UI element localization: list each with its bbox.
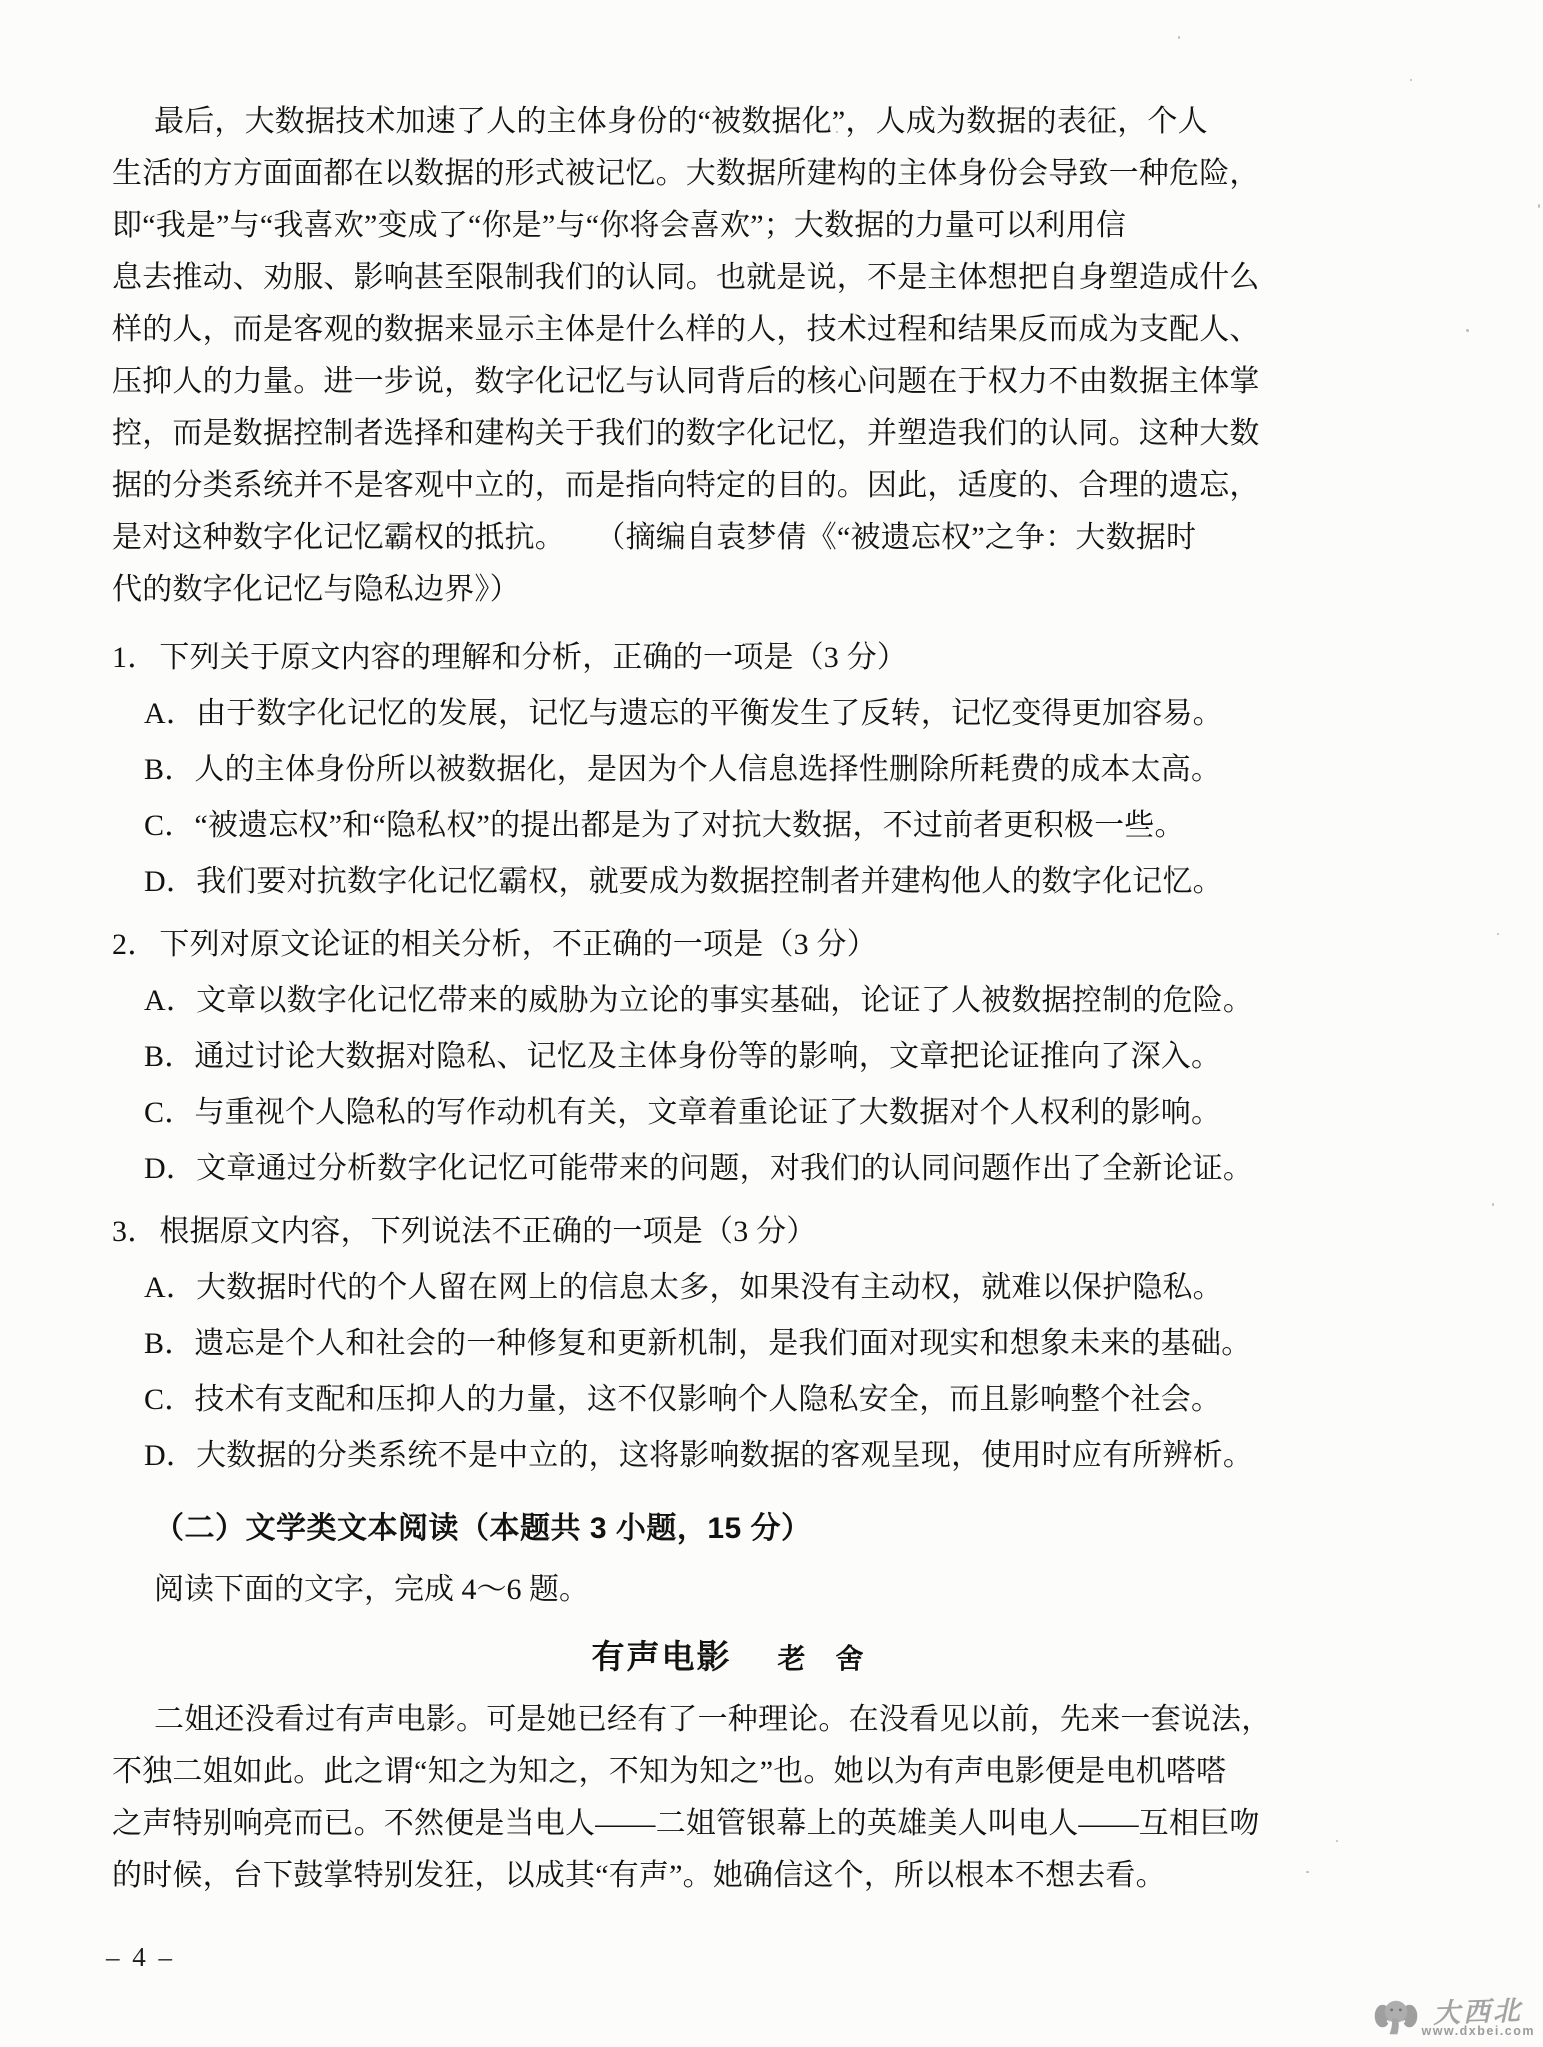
passage-line: 压抑人的力量。进一步说，数字化记忆与认同背后的核心问题在于权力不由数据主体掌 — [112, 356, 1254, 408]
option-d: D．大数据的分类系统不是中立的，这将影响数据的客观呈现，使用时应有所辨析。 — [112, 1428, 1254, 1484]
elephant-logo-icon — [1374, 1996, 1418, 2041]
option-c: C．与重视个人隐私的写作动机有关，文章着重论证了大数据对个人权利的影响。 — [112, 1085, 1254, 1141]
question-1: 1．下列关于原文内容的理解和分析，正确的一项是（3 分） A．由于数字化记忆的发… — [112, 630, 1254, 910]
question-2: 2．下列对原文论证的相关分析，不正确的一项是（3 分） A．文章以数字化记忆带来… — [112, 917, 1254, 1197]
option-b: B．通过讨论大数据对隐私、记忆及主体身份等的影响，文章把论证推向了深入。 — [112, 1029, 1254, 1085]
section-header: （二）文学类文本阅读（本题共 3 小题，15 分） — [112, 1501, 1254, 1557]
scan-speck — [1336, 1840, 1338, 1842]
option-c: C．“被遗忘权”和“隐私权”的提出都是为了对抗大数据，不过前者更积极一些。 — [112, 798, 1254, 854]
passage-line: 最后，大数据技术加速了人的主体身份的“被数据化”，人成为数据的表征，个人 — [112, 96, 1254, 148]
passage-line: 不独二姐如此。此之谓“知之为知之，不知为知之”也。她以为有声电影便是电机嗒嗒 — [112, 1746, 1254, 1798]
page-number: – 4 – — [106, 1942, 175, 1973]
scan-speck — [1497, 933, 1499, 935]
passage-citation-line: 代的数字化记忆与隐私边界》） — [112, 564, 1254, 616]
passage-line: 生活的方方面面都在以数据的形式被记忆。大数据所建构的主体身份会导致一种危险， — [112, 148, 1254, 200]
question-3: 3．根据原文内容，下列说法不正确的一项是（3 分） A．大数据时代的个人留在网上… — [112, 1204, 1254, 1484]
scan-speck — [1538, 204, 1540, 208]
option-a: A．文章以数字化记忆带来的威胁为立论的事实基础，论证了人被数据控制的危险。 — [112, 973, 1254, 1029]
option-a: A．大数据时代的个人留在网上的信息太多，如果没有主动权，就难以保护隐私。 — [112, 1260, 1254, 1316]
story-author: 老 舍 — [777, 1644, 864, 1675]
question-stem: 2．下列对原文论证的相关分析，不正确的一项是（3 分） — [112, 917, 1254, 973]
passage-two: 二姐还没看过有声电影。可是她已经有了一种理论。在没看见以前，先来一套说法， 不独… — [112, 1694, 1254, 1902]
question-stem: 3．根据原文内容，下列说法不正确的一项是（3 分） — [112, 1204, 1254, 1260]
passage-line-with-citation: 是对这种数字化记忆霸权的抵抗。 （摘编自袁梦倩《“被遗忘权”之争：大数据时 — [112, 512, 1254, 564]
option-c: C．技术有支配和压抑人的力量，这不仅影响个人隐私安全，而且影响整个社会。 — [112, 1372, 1254, 1428]
question-number: 3． — [112, 1215, 157, 1248]
story-title: 有声电影 — [591, 1638, 731, 1675]
scan-speck — [836, 131, 838, 133]
passage-line: 控，而是数据控制者选择和建构关于我们的数字化记忆，并塑造我们的认同。这种大数 — [112, 408, 1254, 460]
story-title-line: 有声电影老 舍 — [157, 1627, 1299, 1687]
site-watermark: 大西北 www.dxbei.com — [1374, 1996, 1535, 2041]
option-d: D．文章通过分析数字化记忆可能带来的问题，对我们的认同问题作出了全新论证。 — [112, 1141, 1254, 1197]
scan-speck — [1466, 329, 1469, 332]
passage-line: 据的分类系统并不是客观中立的，而是指向特定的目的。因此，适度的、合理的遗忘， — [112, 460, 1254, 512]
passage-line: 即“我是”与“我喜欢”变成了“你是”与“你将会喜欢”；大数据的力量可以利用信 — [112, 200, 1254, 252]
section-two: （二）文学类文本阅读（本题共 3 小题，15 分） 阅读下面的文字，完成 4～6… — [112, 1501, 1254, 1902]
question-stem: 1．下列关于原文内容的理解和分析，正确的一项是（3 分） — [112, 630, 1254, 686]
scanned-exam-page: 最后，大数据技术加速了人的主体身份的“被数据化”，人成为数据的表征，个人 生活的… — [0, 0, 1543, 2047]
question-stem-text: 下列关于原文内容的理解和分析，正确的一项是（3 分） — [159, 641, 907, 674]
question-stem-text: 根据原文内容，下列说法不正确的一项是（3 分） — [159, 1215, 816, 1248]
option-b: B．人的主体身份所以被数据化，是因为个人信息选择性删除所耗费的成本太高。 — [112, 742, 1254, 798]
passage-line: 样的人，而是客观的数据来显示主体是什么样的人，技术过程和结果反而成为支配人、 — [112, 304, 1254, 356]
watermark-text: 大西北 www.dxbei.com — [1421, 2000, 1535, 2038]
page-content: 最后，大数据技术加速了人的主体身份的“被数据化”，人成为数据的表征，个人 生活的… — [112, 96, 1254, 1902]
passage-one: 最后，大数据技术加速了人的主体身份的“被数据化”，人成为数据的表征，个人 生活的… — [112, 96, 1254, 616]
scan-speck — [1306, 1871, 1309, 1873]
scan-speck — [1178, 36, 1180, 39]
option-a: A．由于数字化记忆的发展，记忆与遗忘的平衡发生了反转，记忆变得更加容易。 — [112, 686, 1254, 742]
question-number: 2． — [112, 928, 157, 961]
watermark-site-name: 大西北 — [1433, 1998, 1524, 2025]
passage-line: 二姐还没看过有声电影。可是她已经有了一种理论。在没看见以前，先来一套说法， — [112, 1694, 1254, 1746]
scan-speck — [1410, 79, 1412, 81]
option-b: B．遗忘是个人和社会的一种修复和更新机制，是我们面对现实和想象未来的基础。 — [112, 1316, 1254, 1372]
passage-line: 的时候，台下鼓掌特别发狂，以成其“有声”。她确信这个，所以根本不想去看。 — [112, 1850, 1254, 1902]
passage-line: 之声特别响亮而已。不然便是当电人——二姐管银幕上的英雄美人叫电人——互相巨吻 — [112, 1798, 1254, 1850]
reading-instruction: 阅读下面的文字，完成 4～6 题。 — [112, 1562, 1254, 1618]
scan-speck — [1492, 1203, 1494, 1206]
question-list: 1．下列关于原文内容的理解和分析，正确的一项是（3 分） A．由于数字化记忆的发… — [112, 630, 1254, 1484]
option-d: D．我们要对抗数字化记忆霸权，就要成为数据控制者并建构他人的数字化记忆。 — [112, 854, 1254, 910]
question-number: 1． — [112, 641, 157, 674]
question-stem-text: 下列对原文论证的相关分析，不正确的一项是（3 分） — [159, 928, 877, 961]
passage-line: 息去推动、劝服、影响甚至限制我们的认同。也就是说，不是主体想把自身塑造成什么 — [112, 252, 1254, 304]
